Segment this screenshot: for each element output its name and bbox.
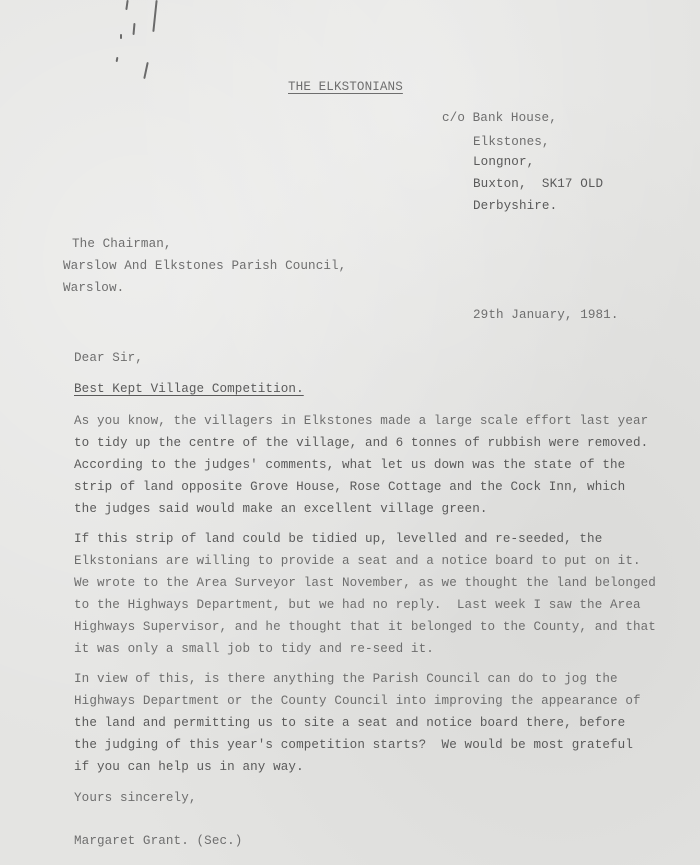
recipient-line: The Chairman, [72, 238, 172, 251]
body-line: the judges said would make an excellent … [74, 503, 488, 516]
pen-mark [152, 0, 157, 32]
signature: Margaret Grant. (Sec.) [74, 835, 242, 848]
body-line: if you can help us in any way. [74, 761, 304, 774]
body-line: Highways Supervisor, and he thought that… [74, 621, 656, 634]
body-line: the judging of this year's competition s… [74, 739, 633, 752]
pen-mark [143, 62, 148, 79]
body-line: According to the judges' comments, what … [74, 459, 625, 472]
pen-mark [116, 57, 119, 62]
address-line: c/o Bank House, [442, 112, 557, 125]
letterhead-title: THE ELKSTONIANS [288, 81, 403, 94]
subject-line: Best Kept Village Competition. [74, 383, 304, 396]
recipient-line: Warslow. [63, 282, 124, 295]
body-line: to the Highways Department, but we had n… [74, 599, 641, 612]
address-line: Elkstones, [473, 136, 550, 149]
address-line: Buxton, SK17 OLD [473, 178, 603, 191]
body-line: If this strip of land could be tidied up… [74, 533, 602, 546]
letter-page: THE ELKSTONIANS c/o Bank House, Elkstone… [0, 0, 700, 865]
body-line: We wrote to the Area Surveyor last Novem… [74, 577, 656, 590]
body-line: Highways Department or the County Counci… [74, 695, 641, 708]
body-line: Elkstonians are willing to provide a sea… [74, 555, 641, 568]
pen-mark [120, 34, 122, 39]
closing: Yours sincerely, [74, 792, 197, 805]
body-line: In view of this, is there anything the P… [74, 673, 618, 686]
address-line: Derbyshire. [473, 200, 557, 213]
body-line: it was only a small job to tidy and re-s… [74, 643, 434, 656]
body-line: strip of land opposite Grove House, Rose… [74, 481, 625, 494]
letter-date: 29th January, 1981. [473, 309, 619, 322]
body-line: As you know, the villagers in Elkstones … [74, 415, 648, 428]
body-line: the land and permitting us to site a sea… [74, 717, 625, 730]
body-line: to tidy up the centre of the village, an… [74, 437, 648, 450]
recipient-line: Warslow And Elkstones Parish Council, [63, 260, 346, 273]
address-line: Longnor, [473, 156, 534, 169]
pen-mark [132, 23, 135, 35]
salutation: Dear Sir, [74, 352, 143, 365]
pen-mark [125, 0, 128, 10]
